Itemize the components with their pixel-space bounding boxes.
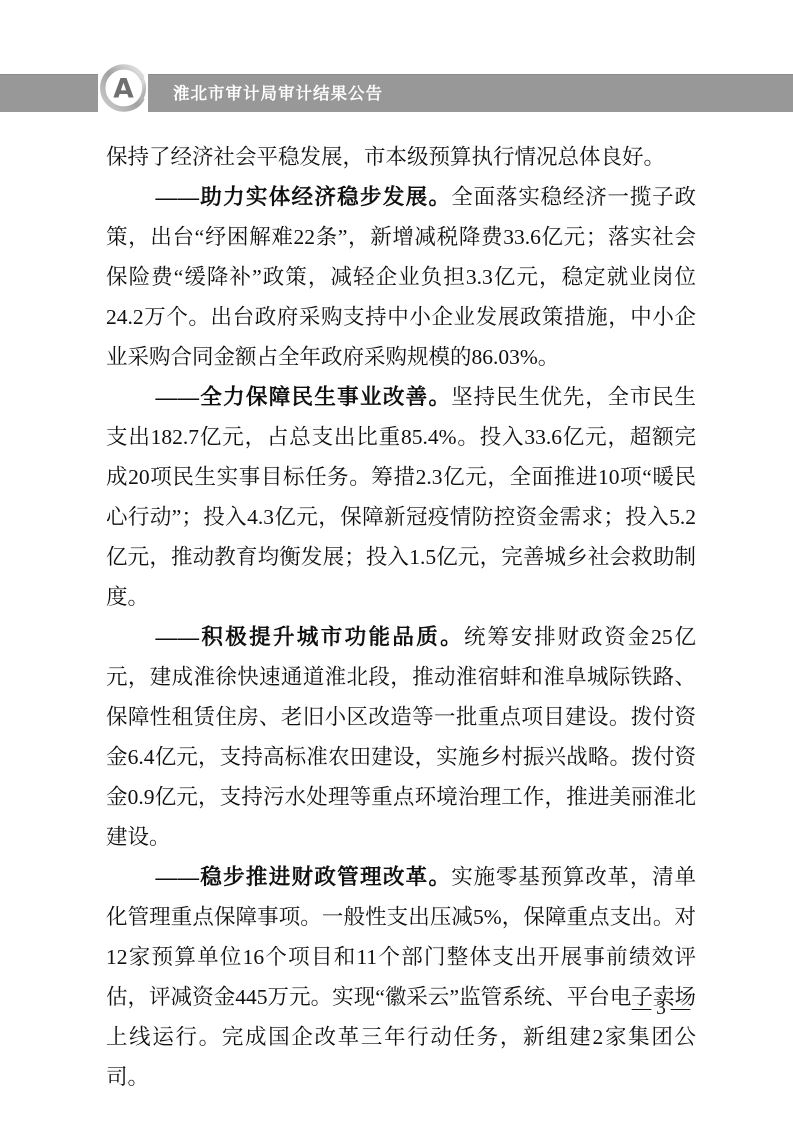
paragraph: ——稳步推进财政管理改革。实施零基预算改革，清单化管理重点保障事项。一般性支出压… [106, 857, 696, 1097]
paragraph-text: 保持了经济社会平稳发展，市本级预算执行情况总体良好。 [106, 145, 665, 169]
audit-emblem-svg: A [99, 63, 148, 113]
paragraph-text: 实施零基预算改革，清单化管理重点保障事项。一般性支出压减5%，保障重点支出。对1… [106, 865, 696, 1089]
paragraph-heading: ——助力实体经济稳步发展。 [155, 185, 451, 209]
paragraph-text: 统筹安排财政资金25亿元，建成淮徐快速通道淮北段，推动淮宿蚌和淮阜城际铁路、保障… [106, 625, 696, 849]
page-number: — 3 — [596, 998, 726, 1020]
paragraph: ——助力实体经济稳步发展。全面落实稳经济一揽子政策，出台“纾困解难22条”，新增… [106, 177, 696, 377]
paragraph: ——全力保障民生事业改善。坚持民生优先，全市民生支出182.7亿元，占总支出比重… [106, 377, 696, 617]
paragraph-text: 坚持民生优先，全市民生支出182.7亿元，占总支出比重85.4%。投入33.6亿… [106, 385, 696, 609]
banner-title: 淮北市审计局审计结果公告 [173, 75, 383, 113]
paragraph-heading: ——积极提升城市功能品质。 [155, 625, 464, 649]
audit-emblem-icon: A [99, 63, 148, 113]
document-body: 保持了经济社会平稳发展，市本级预算执行情况总体良好。 ——助力实体经济稳步发展。… [106, 137, 696, 1097]
paragraph-heading: ——全力保障民生事业改善。 [155, 385, 451, 409]
page-number-text: — 3 — [632, 998, 691, 1019]
paragraph: ——积极提升城市功能品质。统筹安排财政资金25亿元，建成淮徐快速通道淮北段，推动… [106, 617, 696, 857]
paragraph-heading: ——稳步推进财政管理改革。 [155, 865, 451, 889]
document-page: 淮北市审计局审计结果公告 A 保持了经济社会 [0, 0, 793, 1122]
paragraph: 保持了经济社会平稳发展，市本级预算执行情况总体良好。 [106, 137, 696, 177]
svg-text:A: A [113, 73, 134, 104]
paragraph-text: 全面落实稳经济一揽子政策，出台“纾困解难22条”，新增减税降费33.6亿元；落实… [106, 185, 696, 369]
